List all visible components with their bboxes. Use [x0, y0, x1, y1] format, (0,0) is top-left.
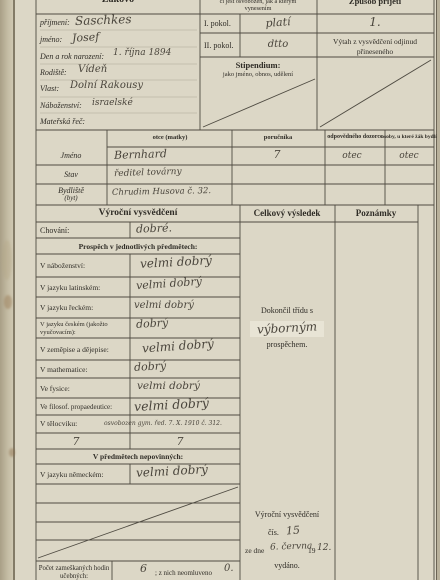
tuition-row2-label: II. pokol. — [204, 41, 234, 50]
document-page: Žákovo příjmení: Saschkes jméno: Josef D… — [0, 0, 440, 580]
tuition-header-line2: vynesením — [245, 5, 272, 12]
field-label-mother-tongue: Mateřská řeč: — [40, 117, 85, 126]
field-value-religion: israelské — [92, 98, 133, 108]
subject-value-gymnastics: osvobozen gym. řed. 7. X. 1910 č. 312. — [104, 420, 222, 427]
notes-header: Poznámky — [356, 208, 397, 218]
field-label-birthdate: Den a rok narození: — [40, 52, 104, 61]
subject-label-mathematics: V mathematice: — [40, 365, 88, 374]
subject-value-czech: dobrý — [136, 316, 169, 331]
issue-number-value: 15 — [286, 524, 301, 538]
completion-line3: prospěchem. — [267, 340, 308, 349]
subject-label-religion: V náboženství: — [40, 261, 85, 270]
field-label-birthplace: Rodiště: — [40, 68, 67, 77]
guardian-col-host: osoby, u které žák bydlí — [381, 134, 436, 140]
field-label-firstname: jméno: — [40, 35, 62, 44]
guardian-col-guardian: poručníka — [264, 134, 293, 141]
field-value-homeland: Dolní Rakousy — [70, 80, 143, 91]
extract-line2: přineseného — [357, 47, 393, 56]
unexcused-label: ; z nich neomluveno — [155, 569, 212, 577]
guardian-row-name-label: Jméno — [61, 151, 82, 160]
subject-value-physics: velmi dobrý — [137, 380, 200, 392]
subject-label-physics: Ve fysice: — [40, 384, 70, 393]
stipend-title: Stipendium: — [236, 60, 281, 70]
subject-label-latin: V jazyku latinském: — [40, 283, 100, 292]
issue-year-print: 19 — [308, 546, 316, 555]
subjects-header: Prospěch v jednotlivých předmětech: — [79, 242, 198, 251]
subject-value-greek: velmi dobrý — [134, 300, 194, 311]
subject-label-geography-history: V zeměpise a dějepise: — [40, 345, 109, 354]
subject-label-philosophy: Ve filosof. propaedeutice: — [40, 403, 112, 411]
field-value-birthplace: Vídeň — [78, 64, 107, 75]
issue-line4: vydáno. — [274, 561, 300, 570]
subject-label-greek: V jazyku řeckém: — [40, 303, 93, 312]
issue-line1: Výroční vysvědčení — [255, 510, 319, 519]
absence-label-line2: učebných: — [60, 573, 88, 580]
guardian-col-supervisor: odpovědného dozorce — [327, 134, 382, 140]
field-label-surname: příjmení: — [40, 18, 70, 27]
tuition-row2-value: dtto — [268, 39, 288, 50]
optional-subjects-header: V předmětech nepovinných: — [93, 452, 183, 461]
extract-line1: Výtah z vysvědčení odjinud — [333, 37, 417, 46]
field-label-homeland: Vlast: — [40, 84, 59, 93]
subject-label-german: V jazyku německém: — [40, 470, 104, 479]
field-label-religion: Náboženství: — [40, 101, 82, 110]
issue-date-value: 6. června — [270, 541, 313, 552]
guardian-name-host: otec — [399, 151, 418, 161]
report-title: Výroční vysvědčení — [99, 208, 178, 218]
student-section-title: Žákovo — [102, 0, 134, 5]
guardian-name-supervisor: otec — [342, 151, 361, 161]
field-value-firstname: Josef — [72, 30, 100, 44]
field-value-surname: Saschkes — [75, 12, 132, 28]
behavior-value: dobré. — [136, 221, 172, 235]
guardian-col-father: otce (matky) — [153, 134, 188, 141]
guardian-name-father: Bernhard — [114, 147, 167, 162]
unexcused-value: 0. — [224, 563, 234, 574]
tuition-row1-label: I. pokol. — [204, 19, 231, 28]
guardian-name-guardian: 7 — [274, 148, 281, 161]
absence-value: 6 — [140, 562, 147, 575]
stipend-subtitle: jako jméno, obnos, udělení — [223, 71, 293, 78]
admission-value: 1. — [369, 15, 380, 29]
admission-header: Způsob přijetí — [349, 0, 401, 6]
issue-date-label: ze dne — [245, 546, 264, 555]
behavior-label: Chování: — [40, 226, 69, 235]
issue-year-value: 12. — [317, 543, 331, 553]
ditto-mark: 7 — [177, 435, 184, 448]
issue-number-label: čís. — [268, 528, 279, 537]
subject-label-czech: V jazyku českém (jakožto vyučovacím): — [40, 321, 128, 337]
guardian-row-residence-sublabel: (byt) — [64, 194, 77, 202]
overall-header: Celkový výsledek — [254, 208, 321, 218]
guardian-row-status-label: Stav — [64, 170, 78, 179]
guardian-residence-value: Chrudim Husova č. 32. — [112, 186, 211, 198]
ditto-mark: 7 — [73, 435, 80, 448]
tuition-row1-value: platí — [265, 15, 291, 30]
completion-line1: Dokončil třídu s — [261, 306, 313, 315]
subject-value-mathematics: dobrý — [134, 359, 167, 374]
subject-label-gymnastics: V tělocviku: — [40, 419, 77, 428]
field-value-birthdate: 1. října 1894 — [113, 48, 171, 58]
absence-label-line1: Počet zameškaných hodin — [39, 565, 110, 572]
